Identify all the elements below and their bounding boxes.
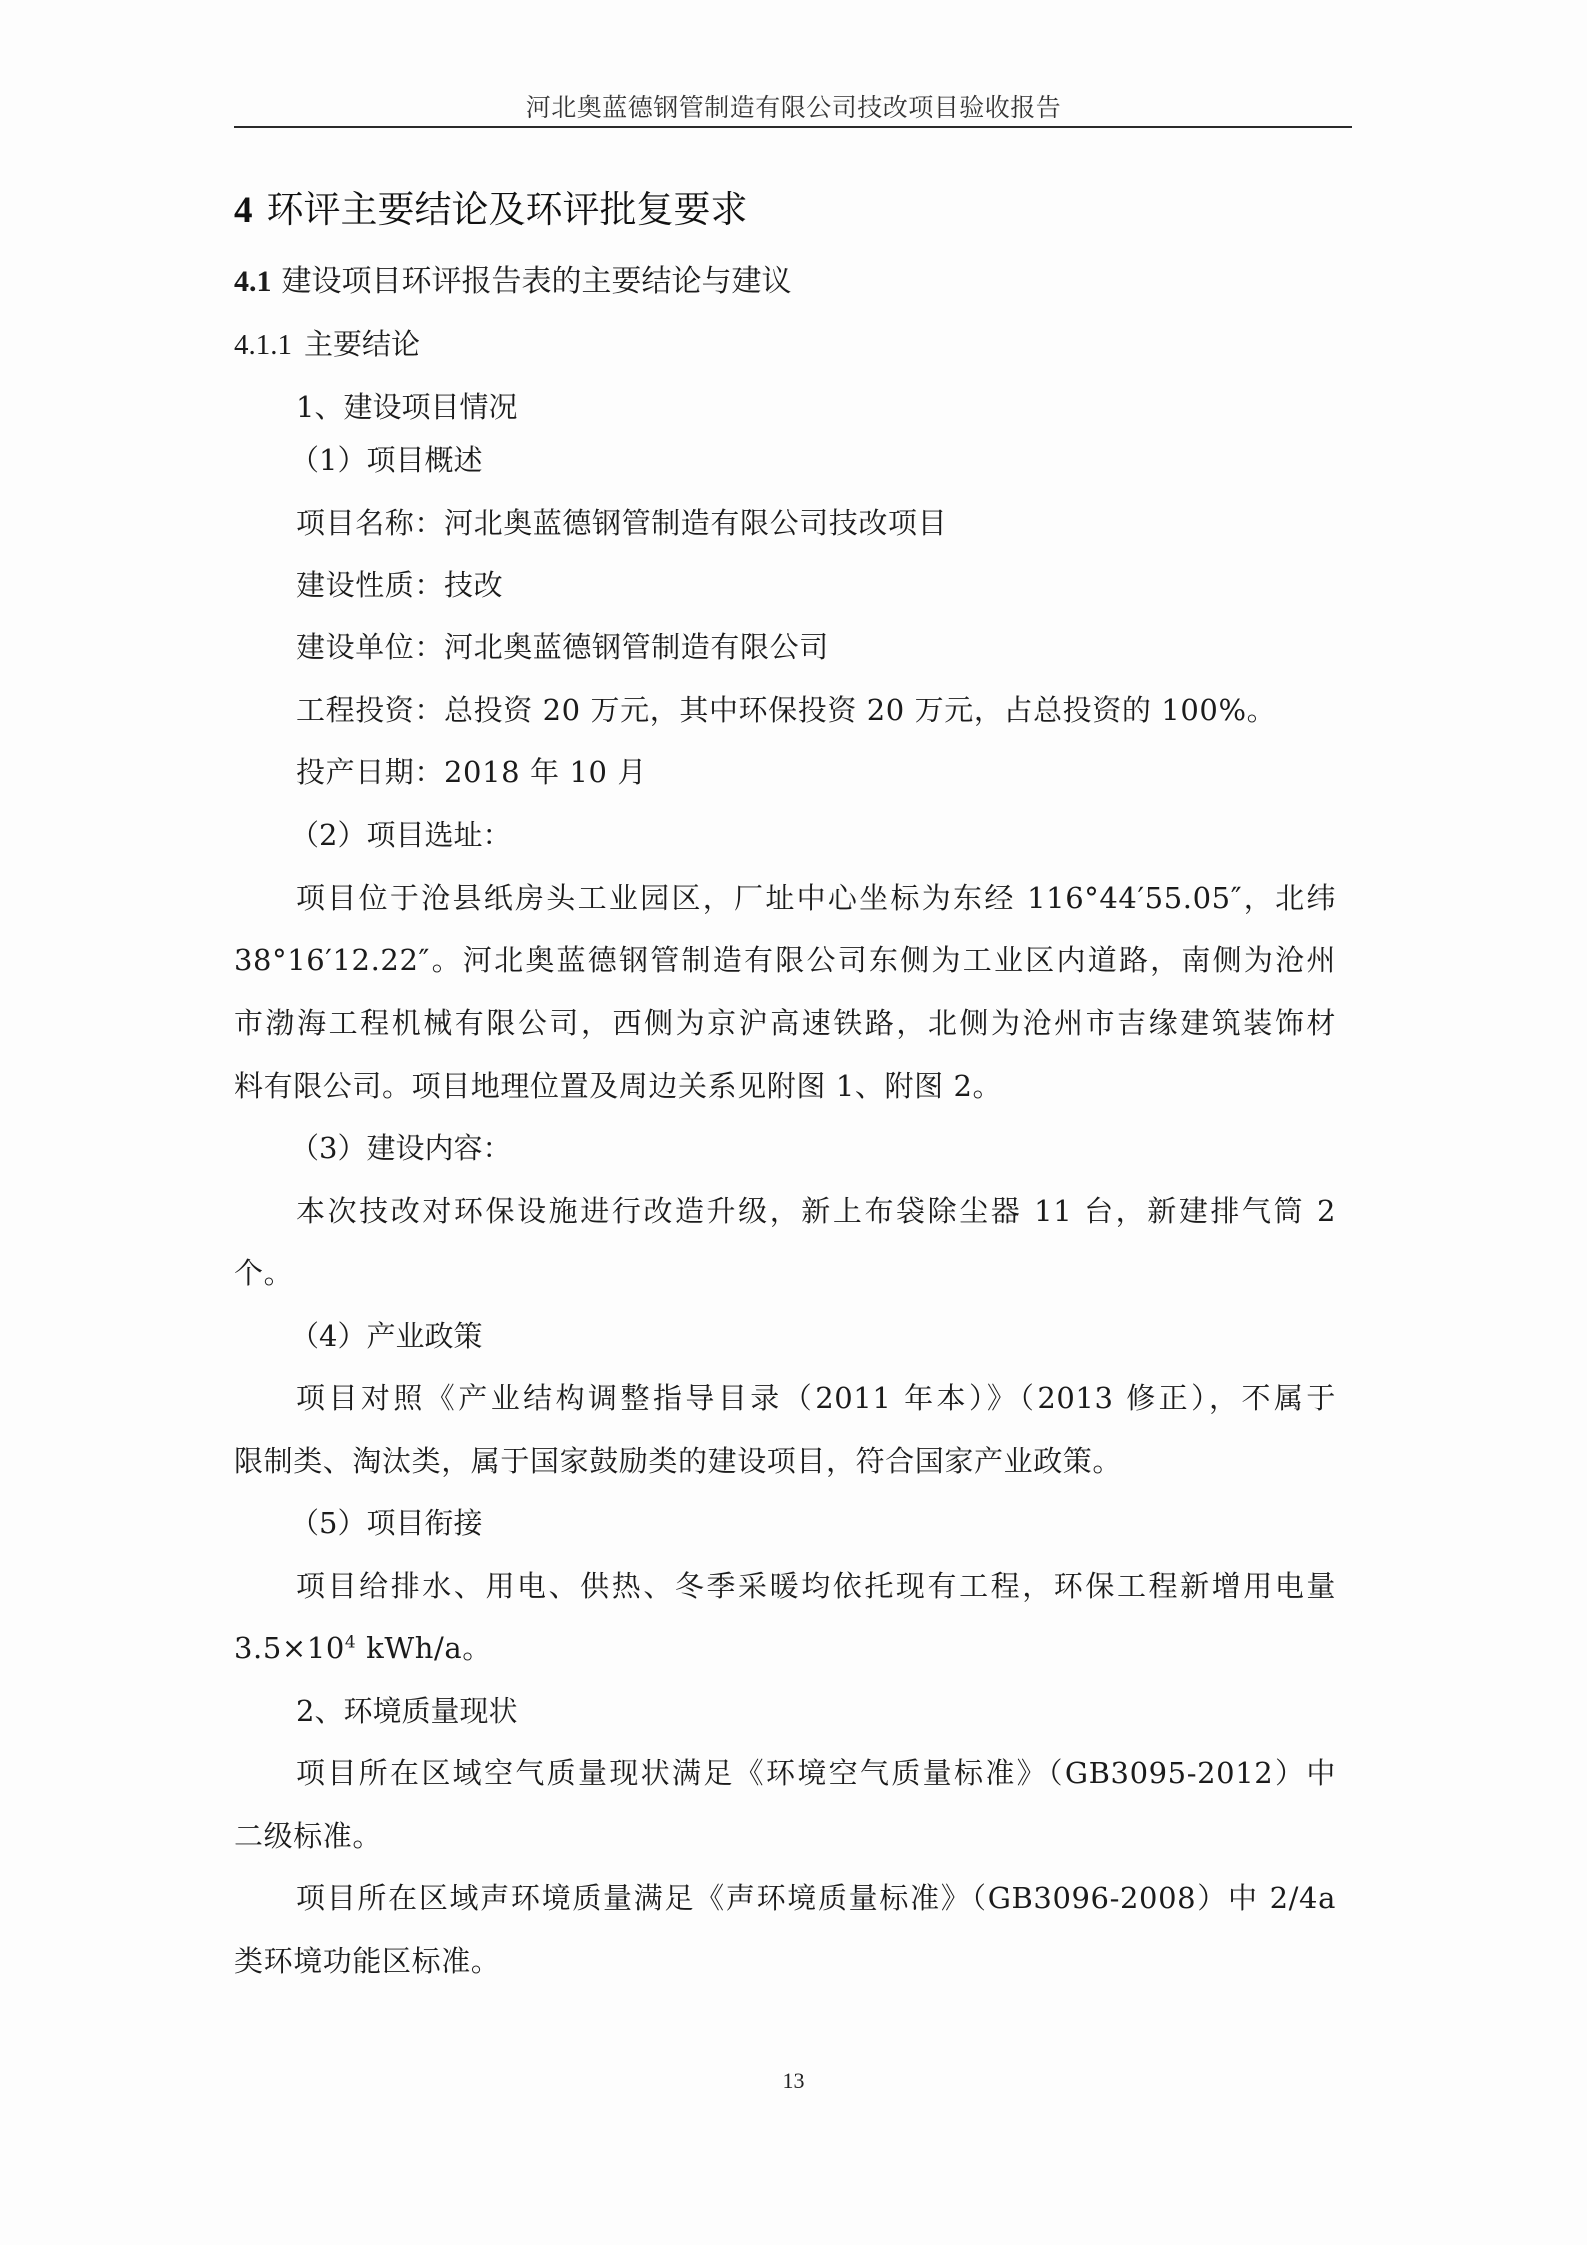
location-line: 料有限公司。项目地理位置及周边关系见附图 1、附图 2。: [234, 1066, 1002, 1106]
part1-heading: （1）项目概述: [290, 440, 482, 480]
item1-heading: 1、建设项目情况: [296, 387, 517, 427]
part5-heading: （5）项目衔接: [290, 1503, 482, 1543]
connection-line: 项目给排水、用电、供热、冬季采暖均依托现有工程，环保工程新增用电量: [296, 1566, 1336, 1606]
construction-unit: 建设单位：河北奥蓝德钢管制造有限公司: [296, 627, 829, 667]
page-number: 13: [0, 2068, 1587, 2094]
construction-nature: 建设性质：技改: [296, 565, 503, 605]
section-number: 4: [234, 190, 253, 231]
policy-line: 限制类、淘汰类，属于国家鼓励类的建设项目，符合国家产业政策。: [234, 1441, 1122, 1481]
subsubsection-title: 主要结论: [304, 327, 420, 361]
subsection-title: 建设项目环评报告表的主要结论与建议: [282, 264, 792, 299]
section-title: 环评主要结论及环评批复要求: [267, 188, 748, 231]
subsection-number: 4.1: [234, 265, 272, 298]
header-divider: [234, 126, 1352, 128]
part2-heading: （2）项目选址：: [290, 815, 511, 855]
content-line: 个。: [234, 1253, 293, 1293]
start-date: 投产日期：2018 年 10 月: [296, 752, 647, 792]
project-name: 项目名称：河北奥蓝德钢管制造有限公司技改项目: [296, 503, 947, 543]
running-header: 河北奥蓝德钢管制造有限公司技改项目验收报告: [0, 88, 1587, 124]
power-unit: kWh/a。: [356, 1631, 492, 1665]
location-line: 38°16′12.22″。河北奥蓝德钢管制造有限公司东侧为工业区内道路，南侧为沧…: [234, 940, 1336, 980]
document-page: 河北奥蓝德钢管制造有限公司技改项目验收报告 4环评主要结论及环评批复要求 4.1…: [0, 0, 1587, 2245]
noise-quality-line: 类环境功能区标准。: [234, 1941, 500, 1981]
content-line: 本次技改对环保设施进行改造升级，新上布袋除尘器 11 台，新建排气筒 2: [296, 1191, 1336, 1231]
subsubsection-number: 4.1.1: [234, 329, 292, 361]
part3-heading: （3）建设内容：: [290, 1128, 511, 1168]
part4-heading: （4）产业政策: [290, 1316, 482, 1356]
noise-quality-line: 项目所在区域声环境质量满足《声环境质量标准》（GB3096-2008）中 2/4…: [296, 1878, 1336, 1918]
section-heading: 4环评主要结论及环评批复要求: [234, 185, 748, 236]
subsection-heading: 4.1建设项目环评报告表的主要结论与建议: [234, 262, 792, 302]
power-exponent: 4: [345, 1632, 356, 1652]
policy-line: 项目对照《产业结构调整指导目录（2011 年本）》（2013 修正），不属于: [296, 1378, 1336, 1418]
connection-line: 3.5×104 kWh/a。: [234, 1628, 492, 1668]
air-quality-line: 二级标准。: [234, 1816, 382, 1856]
subsubsection-heading: 4.1.1主要结论: [234, 324, 420, 365]
power-base: 3.5×10: [234, 1631, 345, 1665]
project-investment: 工程投资：总投资 20 万元，其中环保投资 20 万元，占总投资的 100%。: [296, 690, 1276, 730]
air-quality-line: 项目所在区域空气质量现状满足《环境空气质量标准》（GB3095-2012）中: [296, 1753, 1336, 1793]
location-line: 市渤海工程机械有限公司，西侧为京沪高速铁路，北侧为沧州市吉缘建筑装饰材: [234, 1003, 1336, 1043]
item2-heading: 2、环境质量现状: [296, 1691, 517, 1731]
location-line: 项目位于沧县纸房头工业园区，厂址中心坐标为东经 116°44′55.05″，北纬: [296, 878, 1336, 918]
